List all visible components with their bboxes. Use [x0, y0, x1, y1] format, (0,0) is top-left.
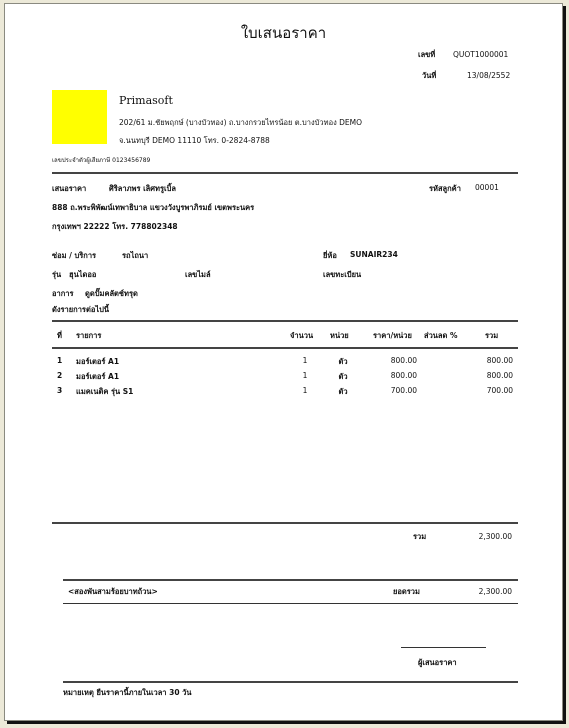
table-cell-total: 700.00: [465, 386, 513, 395]
table-cell-no: 1: [57, 356, 67, 365]
table-cell-item: แมคเนติค รุ่น S1: [76, 386, 256, 398]
amount-in-words: <สองพันสามร้อยบาทถ้วน>: [68, 586, 158, 598]
signature-line: [401, 647, 486, 648]
plate-label: เลขทะเบียน: [323, 269, 361, 281]
symptom-value: ดูดปั๊มคลัตช์ทรุด: [85, 288, 138, 300]
table-cell-price: 800.00: [375, 371, 417, 380]
table-cell-no: 3: [57, 386, 67, 395]
col-header-item: รายการ: [76, 330, 101, 342]
service-type-value: รถไถนา: [122, 250, 148, 262]
table-cell-qty: 1: [295, 386, 315, 395]
table-cell-no: 2: [57, 371, 67, 380]
brand-value: SUNAIR234: [350, 250, 398, 259]
footer-rule: [63, 681, 518, 683]
customer-address-2: กรุงเทพฯ 22222 โทร. 778802348: [52, 221, 178, 233]
company-tax-id: เลขประจำตัวผู้เสียภาษี 0123456789: [52, 155, 150, 165]
subtotal-value: 2,300.00: [445, 532, 512, 541]
header-divider: [52, 172, 518, 174]
mileage-label: เลขไมล์: [185, 269, 211, 281]
model-value: ฮุนไดออ: [69, 269, 96, 281]
subtotal-label: รวม: [413, 531, 426, 543]
quotation-page: ใบเสนอราคา เลขที่ QUOT1000001 วันที่ 13/…: [4, 3, 563, 721]
table-cell-total: 800.00: [465, 371, 513, 380]
table-bottom-rule: [52, 522, 518, 524]
service-type-label: ซ่อม / บริการ: [52, 250, 96, 262]
doc-no-value: QUOT1000001: [453, 50, 508, 59]
totals-top-rule: [63, 579, 518, 581]
grand-total-value: 2,300.00: [445, 587, 512, 596]
table-cell-total: 800.00: [465, 356, 513, 365]
company-address-2: จ.นนทบุรี DEMO 11110 โทร. 0-2824-8788: [119, 135, 270, 147]
col-header-discount: ส่วนลด %: [424, 330, 458, 342]
table-cell-item: มอร์เตอร์ A1: [76, 356, 256, 368]
doc-no-label: เลขที่: [418, 49, 435, 61]
document-title: ใบเสนอราคา: [5, 21, 562, 45]
model-label: รุ่น: [52, 269, 61, 281]
totals-bottom-rule: [63, 603, 518, 604]
table-cell-unit: ตัว: [330, 386, 356, 398]
customer-label: เสนอราคา: [52, 183, 86, 195]
company-logo: [52, 90, 107, 144]
company-name: Primasoft: [119, 94, 173, 107]
table-cell-item: มอร์เตอร์ A1: [76, 371, 256, 383]
col-header-unit: หน่วย: [330, 330, 349, 342]
customer-name: ศิริลาภพร เลิศทรูเบิ้ล: [109, 183, 176, 195]
customer-address-1: 888 ถ.พระพิพัฒน์เทพาธิบาล แขวงวังบูรพาภิ…: [52, 202, 254, 214]
table-top-rule: [52, 320, 518, 322]
customer-code-label: รหัสลูกค้า: [429, 183, 461, 195]
brand-label: ยี่ห้อ: [323, 250, 337, 262]
signature-label: ผู้เสนอราคา: [418, 657, 457, 669]
footer-note: หมายเหตุ ยืนราคานี้ภายในเวลา 30 วัน: [63, 687, 192, 699]
symptom-label: อาการ: [52, 288, 74, 300]
table-cell-qty: 1: [295, 356, 315, 365]
col-header-total: รวม: [485, 330, 513, 342]
grand-total-label: ยอดรวม: [393, 586, 420, 598]
date-label: วันที่: [422, 70, 436, 82]
table-cell-qty: 1: [295, 371, 315, 380]
col-header-price: ราคา/หน่วย: [373, 330, 412, 342]
table-cell-price: 800.00: [375, 356, 417, 365]
company-address-1: 202/61 ม.ชัยพฤกษ์ (บางบัวทอง) ถ.บางกรวยไ…: [119, 117, 362, 129]
table-cell-unit: ตัว: [330, 371, 356, 383]
customer-code: 00001: [475, 183, 499, 192]
table-header-rule: [52, 347, 518, 349]
date-value: 13/08/2552: [467, 71, 510, 80]
list-intro: ดังรายการต่อไปนี้: [52, 304, 109, 316]
col-header-qty: จำนวน: [290, 330, 313, 342]
table-cell-unit: ตัว: [330, 356, 356, 368]
table-cell-price: 700.00: [375, 386, 417, 395]
col-header-no: ที่: [57, 330, 62, 342]
